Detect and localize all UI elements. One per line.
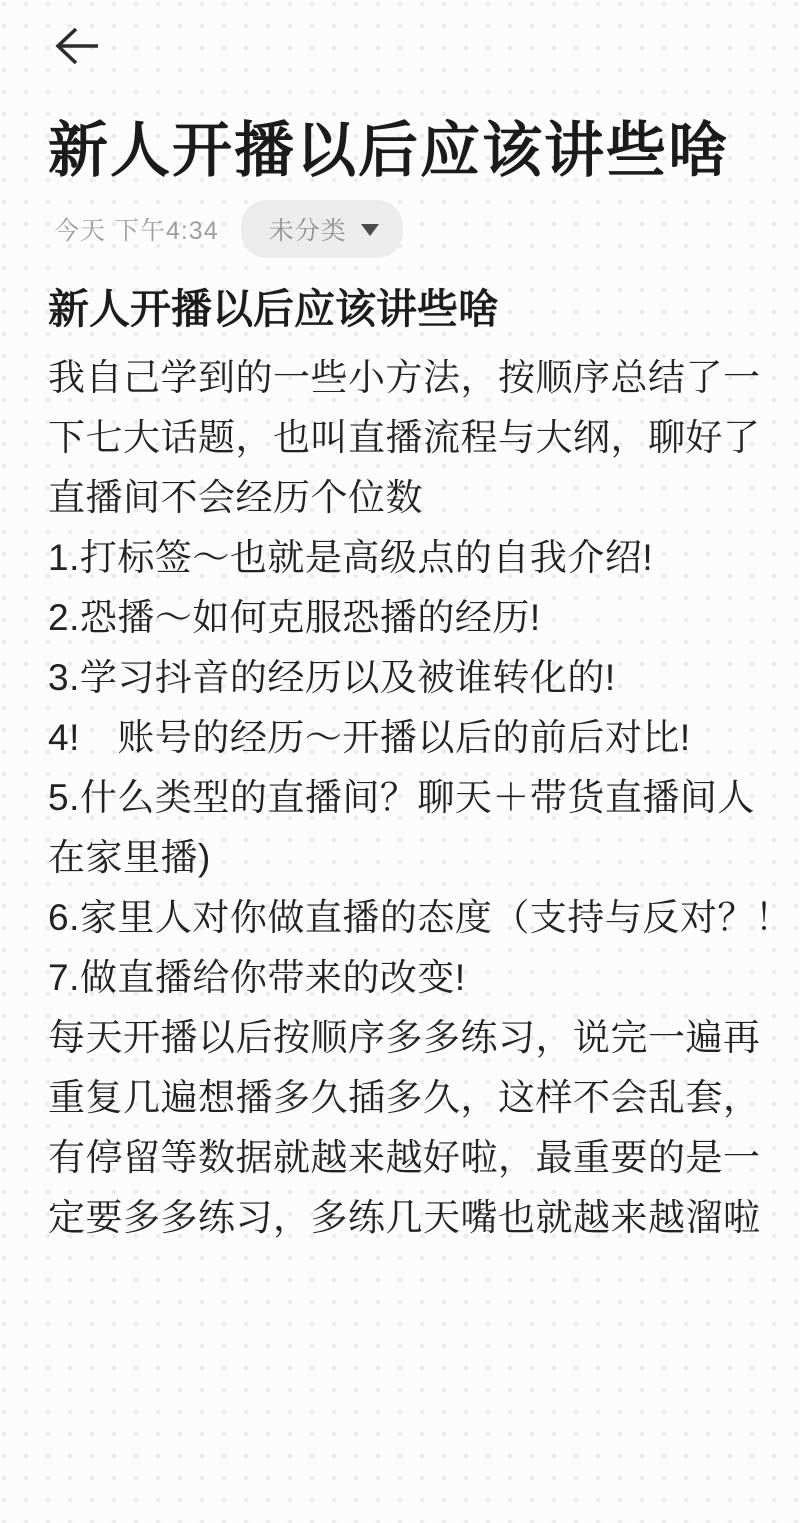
body-line: 我自己学到的一些小方法，按顺序总结了一 bbox=[48, 348, 752, 408]
body-line: 有停留等数据就越来越好啦，最重要的是一 bbox=[48, 1128, 752, 1188]
note-title[interactable]: 新人开播以后应该讲些啥 bbox=[48, 112, 752, 190]
body-line: 每天开播以后按顺序多多练习，说完一遍再 bbox=[48, 1008, 752, 1068]
body-line: 定要多多练习，多练几天嘴也就越来越溜啦 bbox=[48, 1188, 752, 1248]
body-line: 下七大话题，也叫直播流程与大纲，聊好了 bbox=[48, 408, 752, 468]
body-line: 重复几遍想播多久插多久，这样不会乱套， bbox=[48, 1068, 752, 1128]
body-line: 4! 账号的经历～开播以后的前后对比! bbox=[48, 708, 752, 768]
note-body[interactable]: 新人开播以后应该讲些啥 我自己学到的一些小方法，按顺序总结了一 下七大话题，也叫… bbox=[48, 286, 752, 1248]
note-timestamp: 今天 下午4:34 bbox=[54, 211, 219, 247]
body-line: 直播间不会经历个位数 bbox=[48, 468, 752, 528]
body-line: 7.做直播给你带来的改变! bbox=[48, 948, 752, 1008]
chevron-down-icon bbox=[361, 224, 379, 236]
body-heading: 新人开播以后应该讲些啥 bbox=[48, 286, 752, 332]
arrow-left-icon bbox=[52, 22, 102, 70]
body-line: 6.家里人对你做直播的态度（支持与反对？！ bbox=[48, 888, 752, 948]
note-meta-row: 今天 下午4:34 未分类 bbox=[54, 204, 752, 254]
body-line: 5.什么类型的直播间？聊天＋带货直播间人 bbox=[48, 768, 752, 828]
back-button[interactable] bbox=[52, 18, 108, 74]
category-label: 未分类 bbox=[269, 211, 347, 247]
body-line: 在家里播) bbox=[48, 828, 752, 888]
note-page: 新人开播以后应该讲些啥 今天 下午4:34 未分类 新人开播以后应该讲些啥 我自… bbox=[0, 18, 800, 1248]
body-line: 1.打标签～也就是高级点的自我介绍! bbox=[48, 528, 752, 588]
body-line: 2.恐播～如何克服恐播的经历! bbox=[48, 588, 752, 648]
category-chip[interactable]: 未分类 bbox=[241, 200, 403, 258]
body-line: 3.学习抖音的经历以及被谁转化的! bbox=[48, 648, 752, 708]
